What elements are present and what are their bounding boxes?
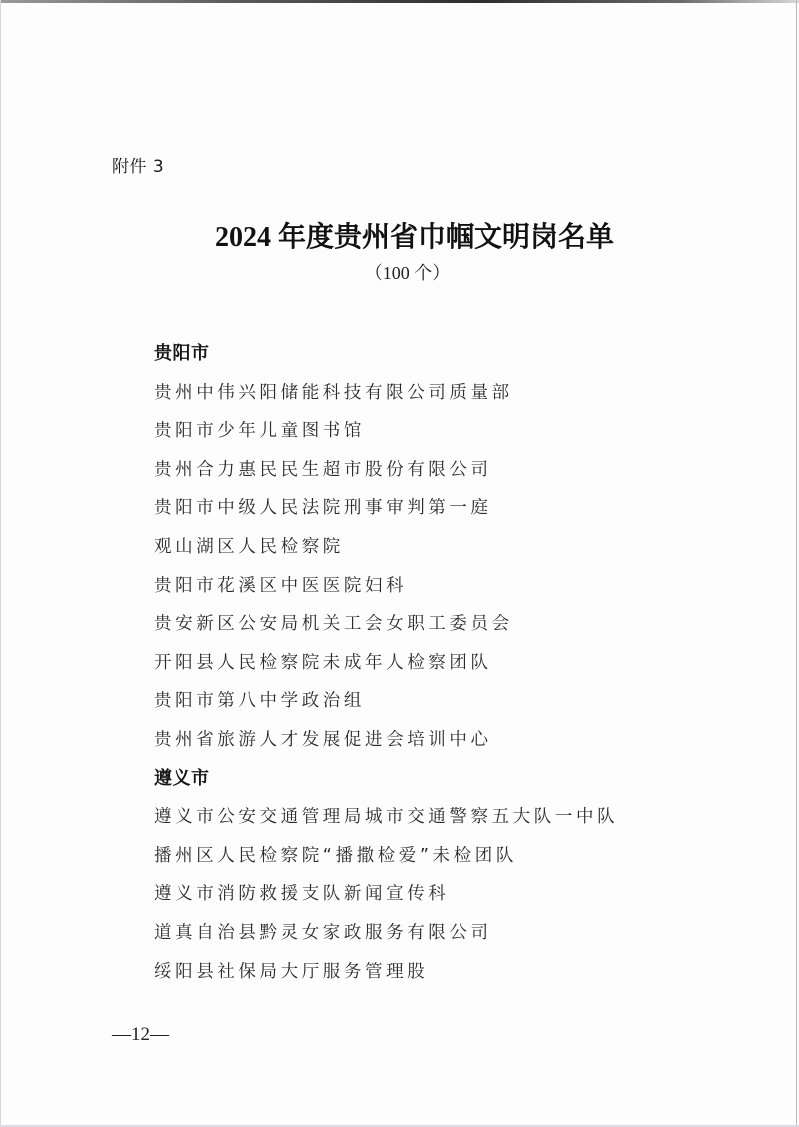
- list-item: 贵安新区公安局机关工会女职工委员会: [154, 605, 618, 644]
- list-item: 遵义市消防救援支队新闻宣传科: [154, 875, 618, 914]
- section-heading-guiyang: 贵阳市: [154, 335, 618, 374]
- list-item: 播州区人民检察院“播撒检爱”未检团队: [154, 837, 618, 876]
- list-item: 道真自治县黔灵女家政服务有限公司: [154, 914, 618, 953]
- list-item: 贵阳市中级人民法院刑事审判第一庭: [154, 489, 618, 528]
- list-item: 遵义市公安交通管理局城市交通警察五大队一中队: [154, 798, 618, 837]
- list-item: 贵阳市第八中学政治组: [154, 682, 618, 721]
- scan-edge-right: [796, 0, 797, 1127]
- scan-edge-left: [0, 0, 1, 1127]
- scan-edge-top: [0, 0, 799, 3]
- section-heading-zunyi: 遵义市: [154, 760, 618, 799]
- document-title: 2024 年度贵州省巾帼文明岗名单: [0, 215, 799, 255]
- list-item: 开阳县人民检察院未成年人检察团队: [154, 644, 618, 683]
- list-item: 贵州中伟兴阳储能科技有限公司质量部: [154, 374, 618, 413]
- honor-list: 贵阳市 贵州中伟兴阳储能科技有限公司质量部 贵阳市少年儿童图书馆 贵州合力惠民民…: [154, 335, 618, 991]
- list-item: 贵州合力惠民民生超市股份有限公司: [154, 451, 618, 490]
- list-item: 观山湖区人民检察院: [154, 528, 618, 567]
- document-subtitle: （100 个）: [0, 259, 799, 285]
- attachment-label: 附件 3: [112, 152, 164, 177]
- list-item: 贵州省旅游人才发展促进会培训中心: [154, 721, 618, 760]
- list-item: 贵阳市少年儿童图书馆: [154, 412, 618, 451]
- list-item: 贵阳市花溪区中医医院妇科: [154, 567, 618, 606]
- page-number: —12—: [112, 1024, 169, 1046]
- list-item: 绥阳县社保局大厅服务管理股: [154, 953, 618, 992]
